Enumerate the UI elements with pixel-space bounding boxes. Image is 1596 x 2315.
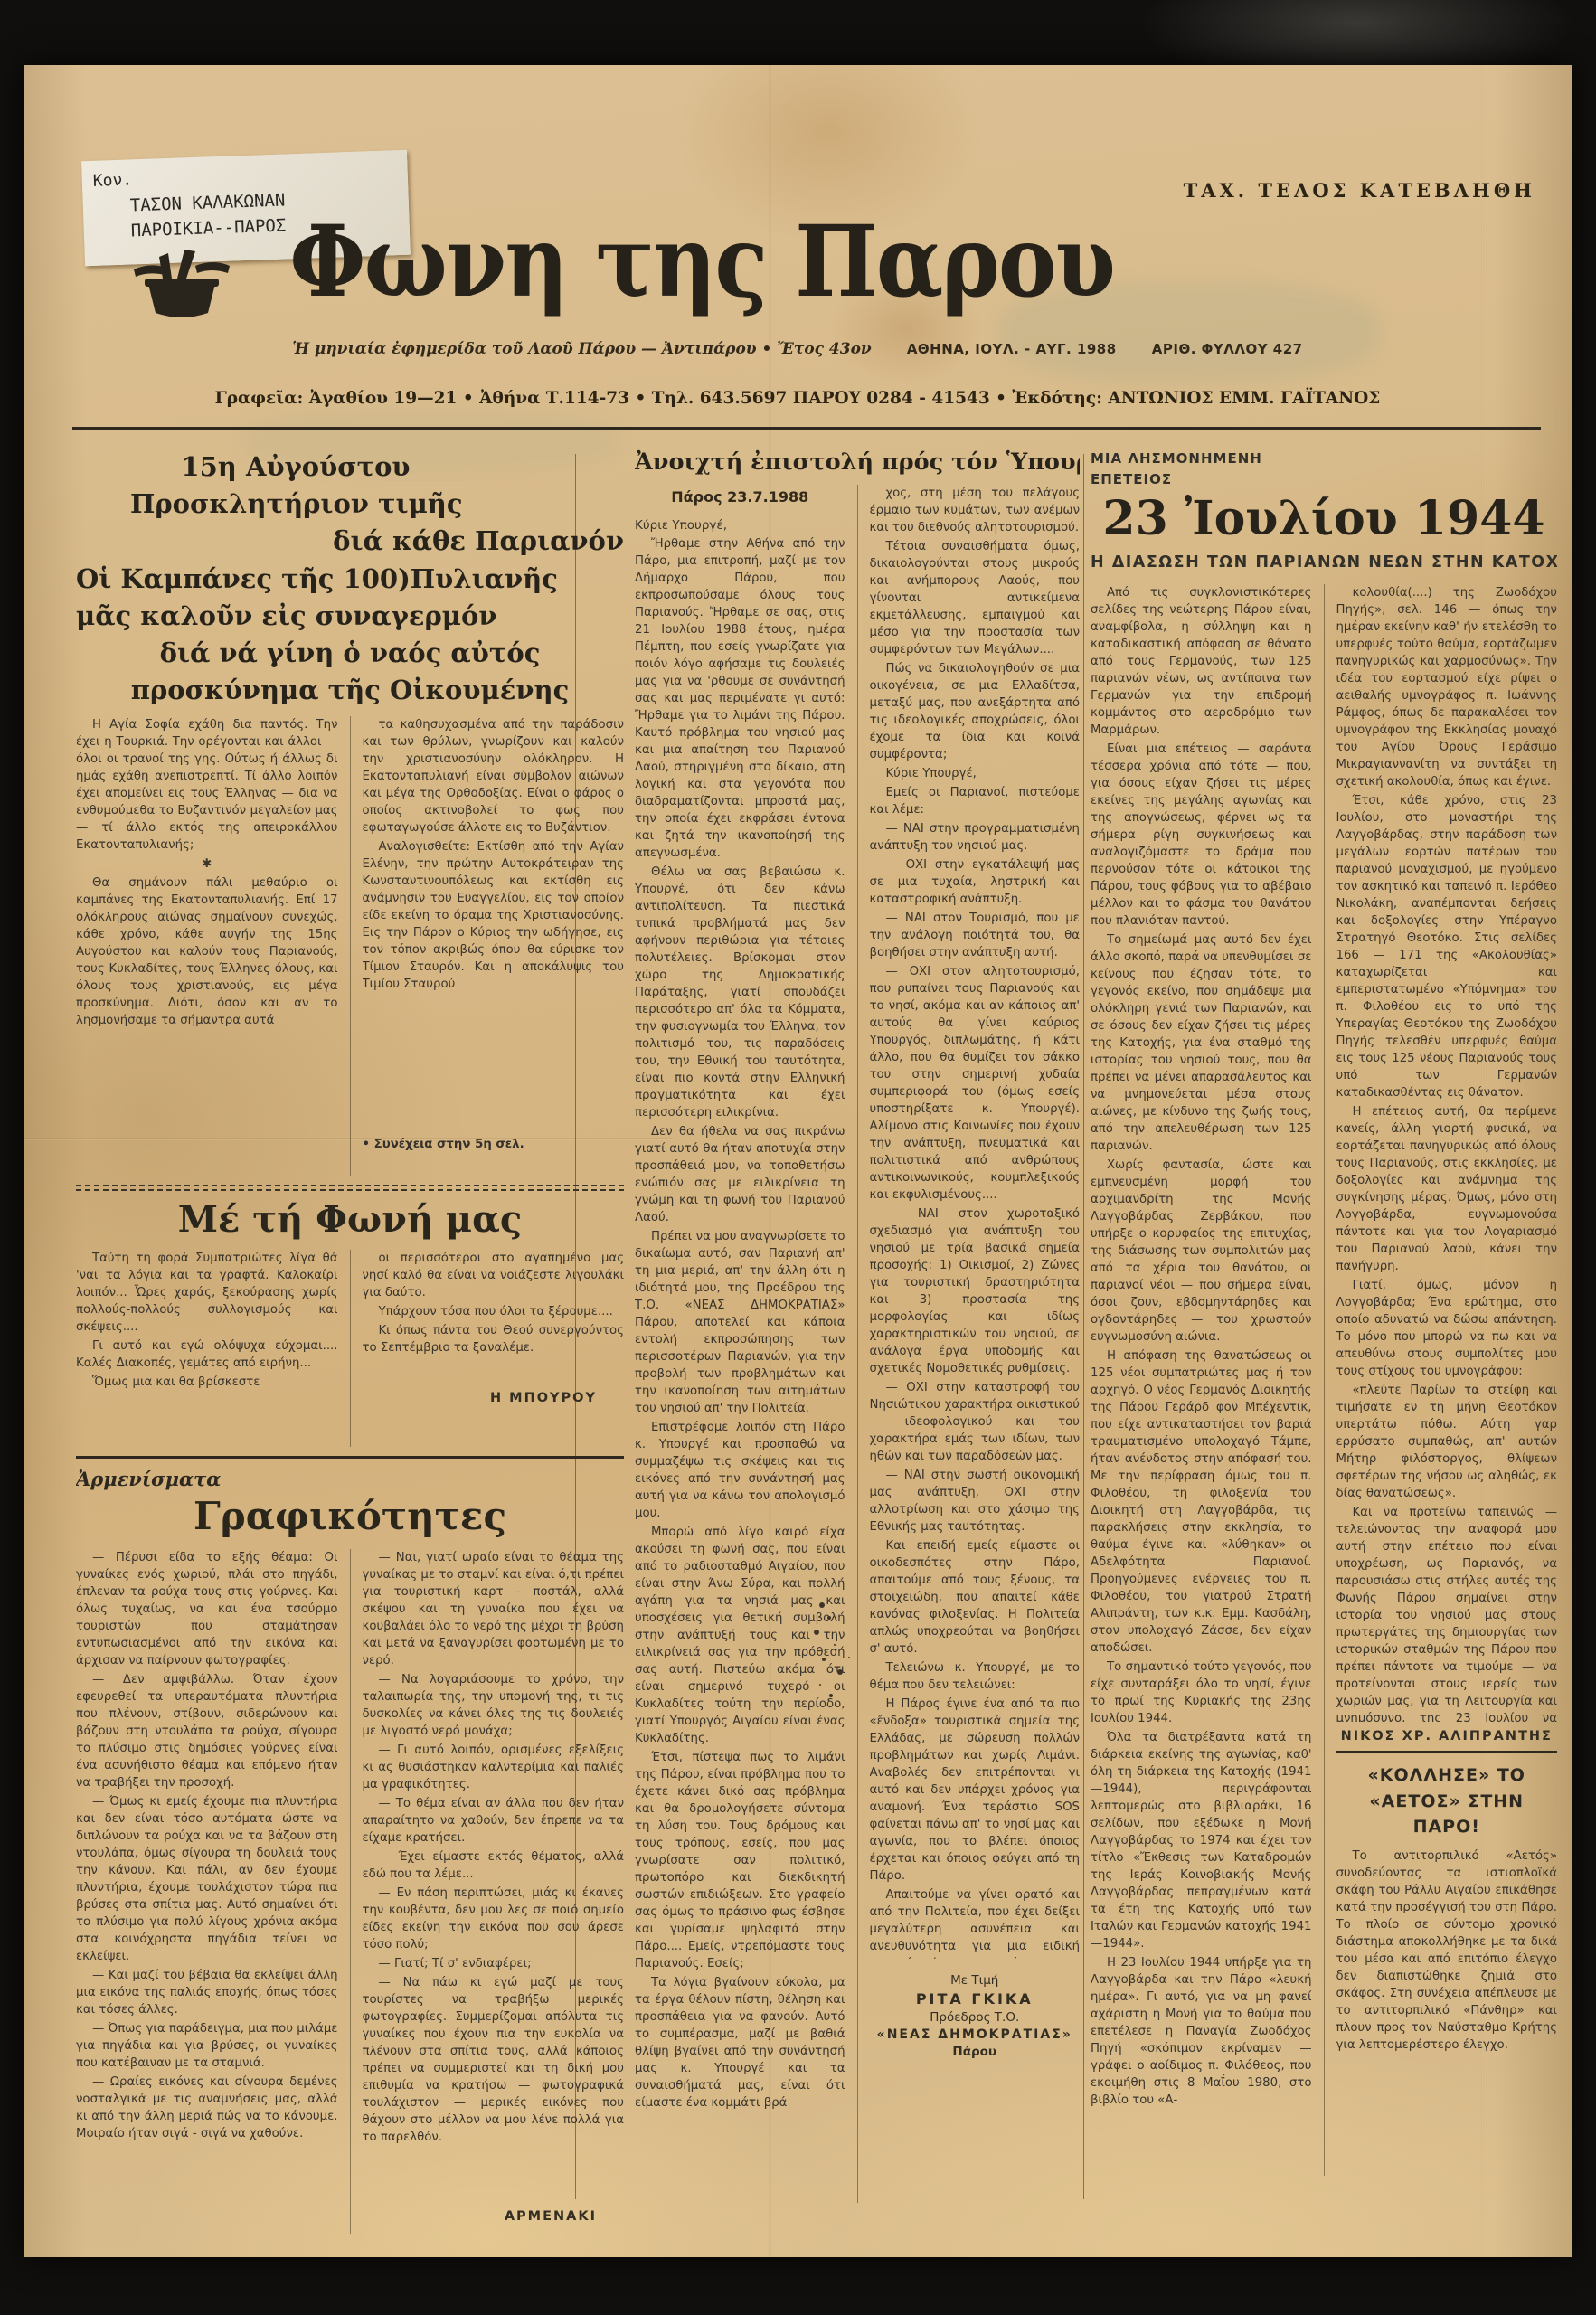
voice-column-2: οι περισσότεροι στο αγαπημένο μας νησί κ… bbox=[351, 1250, 625, 1447]
paragraph: — Να λογαριάσουμε το χρόνο, την ταλαιπωρ… bbox=[363, 1671, 625, 1740]
section-rule bbox=[76, 1456, 624, 1459]
aetos-headline-line1: «ΚΟΛΛΗΣΕ» ΤΟ bbox=[1336, 1762, 1558, 1789]
feature-column-1: Η Αγία Σοφία εχάθη δια παντός. Την έχει … bbox=[76, 716, 351, 1176]
headline-line: διά νά γίνη ὁ ναός αὐτός bbox=[76, 635, 624, 672]
paragraph: Ὅμως μια και θα βρίσκεστε bbox=[76, 1374, 338, 1391]
paragraph: — ΟΧΙ στην καταστροφή του Νησιώτικου χαρ… bbox=[870, 1379, 1081, 1465]
paragraph: Υπάρχουν τόσα που όλοι τα ξέρουμε.... bbox=[363, 1303, 625, 1320]
paragraph: χος, στη μέση του πελάγους έρμαιο των κυ… bbox=[870, 485, 1081, 536]
feature-headline: 15η ΑὐγούστουΠροσκλητήριον τιμῆςδιά κάθε… bbox=[76, 449, 624, 716]
paragraph: Αναλογισθείτε: Εκτίσθη από την Αγίαν Ελέ… bbox=[363, 838, 625, 993]
paragraph: Επιστρέφομε λοιπόν στη Πάρο κ. Υπουργέ κ… bbox=[635, 1419, 845, 1522]
paragraph: Το σημαντικό τούτο γεγονός, που είχε συν… bbox=[1091, 1658, 1312, 1727]
masthead-address-line: Γραφεῖα: Ἀγαθίου 19—21 • Ἀθήνα Τ.114-73 … bbox=[51, 389, 1544, 408]
letter-signature: Με Τιμή ΡΙΤΑ ΓΚΙΚΑ Πρόεδρος Τ.Ο. «ΝΕΑΣ Δ… bbox=[870, 1973, 1081, 2059]
paragraph: — Και μαζί του βέβαια θα εκλείψει άλλη μ… bbox=[76, 1967, 338, 2018]
paragraph: Είναι μια επέτειος — σαράντα τέσσερα χρό… bbox=[1091, 741, 1312, 930]
voice-title: Μέ τή Φωνή μας bbox=[76, 1198, 624, 1241]
grafikotites-columns: — Πέρυσι είδα το εξής θέαμα: Οι γυναίκες… bbox=[76, 1549, 624, 2234]
grafikotites-signature: ΑΡΜΕΝΑΚΙ bbox=[363, 2209, 625, 2224]
paragraph: Η 23 Ιουλίου 1944 υπήρξε για τη Λαγγοβάρ… bbox=[1091, 1954, 1312, 2109]
headline-line: προσκύνημα τῆς Οἰκουμένης bbox=[76, 672, 624, 709]
paragraph: Έτσι, πίστεψα πως το λιμάνι της Πάρου, ε… bbox=[635, 1749, 845, 1972]
paragraph: Χωρίς φαντασία, ώστε και εμπνευσμένη μορ… bbox=[1091, 1157, 1312, 1346]
paragraph: — ΟΧΙ στην εγκατάλειψή μας σε μια τυχαία… bbox=[870, 856, 1081, 908]
paragraph: Και επειδή εμείς είμαστε οι οικοδεσπότες… bbox=[870, 1537, 1081, 1658]
left-zone: 15η ΑὐγούστουΠροσκλητήριον τιμῆςδιά κάθε… bbox=[76, 449, 624, 2234]
paragraph: Κι όπως πάντα του Θεού συνεργούντος το Σ… bbox=[363, 1322, 625, 1356]
masthead-issue-number: ΑΡΙΘ. ΦΥΛΛΟΥ 427 bbox=[1152, 341, 1303, 357]
grafikotites-title: Γραφικότητες bbox=[76, 1494, 624, 1538]
paragraph: — Γι αυτό λοιπόν, ορισμένες εξελίξεις κι… bbox=[363, 1742, 625, 1793]
paragraph: Ταύτη τη φορά Συμπατριώτες λίγα θά 'ναι … bbox=[76, 1250, 338, 1336]
paragraph: τα καθησυχασμένα από την παράδοσιν και τ… bbox=[363, 716, 625, 836]
letter-article: Ἀνοιχτή ἐπιστολή πρός τόν Ὑπουργό Αἰγαίο… bbox=[635, 449, 1080, 2234]
grafikotites-section: Ἀρμενίσματα Γραφικότητες — Πέρυσι είδα τ… bbox=[76, 1468, 624, 2234]
masthead-subtitle: Ἡ μηνιαία ἐφημερίδα τοῦ Λαοῦ Πάρου — Ἀντ… bbox=[292, 340, 871, 358]
paragraph: Γι αυτό και εγώ ολόψυχα εύχομαι.... Καλέ… bbox=[76, 1337, 338, 1372]
anniversary-headline: 23 Ἰουλίου 1944 bbox=[1091, 491, 1557, 546]
paragraph: Πώς να δικαιολογηθούν σε μια οικογένεια,… bbox=[870, 660, 1081, 763]
anniversary-column-2: κολουθία(....) της Ζωοδόχου Πηγής», σελ.… bbox=[1325, 584, 1558, 2176]
letter-signature-place: Πάρου bbox=[870, 2045, 1081, 2059]
paragraph: — Ναι, γιατί ωραίο είναι το θέαμα της γυ… bbox=[363, 1549, 625, 1669]
aetos-body: Το αντιτορπιλικό «Αετός» συνοδεύοντας τα… bbox=[1336, 1847, 1558, 2119]
aetos-rule bbox=[1336, 1751, 1558, 1753]
letter-column-2-text: χος, στη μέση του πελάγους έρμαιο των κυ… bbox=[870, 485, 1081, 1959]
voice-section: Μέ τή Φωνή μας Ταύτη τη φορά Συμπατριώτε… bbox=[76, 1198, 624, 1447]
paragraph: — Να πάω κι εγώ μαζί με τους τουρίστες ν… bbox=[363, 1974, 625, 2146]
masthead-subtitle-row: Ἡ μηνιαία ἐφημερίδα τοῦ Λαοῦ Πάρου — Ἀντ… bbox=[24, 340, 1572, 358]
paragraph: κολουθία(....) της Ζωοδόχου Πηγής», σελ.… bbox=[1336, 584, 1558, 790]
page-content: 15η ΑὐγούστουΠροσκλητήριον τιμῆςδιά κάθε… bbox=[24, 449, 1572, 2235]
paragraph: — ΝΑΙ στον Τουρισμό, που με την ανάλογη … bbox=[870, 910, 1081, 961]
newspaper-scan: Κον. ΤΑΣΟΝ ΚΑΛΑΚΩΝΑΝ ΠΑΡΟΙΚΙΑ--ΠΑΡΟΣ ΤΑΧ… bbox=[0, 0, 1596, 2315]
anniversary-kicker: ΜΙΑ ΛΗΣΜΟΝΗΜΕΝΗ ΕΠΕΤΕΙΟΣ bbox=[1091, 449, 1308, 489]
paragraph: Θέλω να σας βεβαιώσω κ. Υπουργέ, ότι δεν… bbox=[635, 864, 845, 1121]
paragraph: — Γιατί; Τί σ' ενδιαφέρει; bbox=[363, 1955, 625, 1972]
grafikotites-column-1: — Πέρυσι είδα το εξής θέαμα: Οι γυναίκες… bbox=[76, 1549, 351, 2234]
feature-column-2-text: τα καθησυχασμένα από την παράδοσιν και τ… bbox=[363, 716, 625, 1134]
paragraph: Απαιτούμε να γίνει ορατό και από την Πολ… bbox=[870, 1886, 1081, 1959]
grafikotites-column-2: — Ναι, γιατί ωραίο είναι το θέαμα της γυ… bbox=[351, 1549, 625, 2234]
paragraph: Τα λόγια βγαίνουν εύκολα, μα τα έργα θέλ… bbox=[635, 1974, 845, 2112]
letter-signature-name: ΡΙΤΑ ΓΚΙΚΑ bbox=[870, 1990, 1081, 2008]
letter-salutation: Κύριε Υπουργέ, bbox=[635, 518, 845, 533]
masthead-title: Φωνη της Παρου bbox=[250, 203, 1154, 319]
paragraph: — Δεν αμφιβάλλω. Όταν έχουν εφευρεθεί τα… bbox=[76, 1671, 338, 1791]
paragraph: Τελειώνω κ. Υπουργέ, με το θέμα που δεν … bbox=[870, 1659, 1081, 1694]
paragraph: — Έχει είμαστε εκτός θέματος, αλλά εδώ π… bbox=[363, 1848, 625, 1883]
grafikotites-kicker: Ἀρμενίσματα bbox=[76, 1468, 624, 1490]
paragraph: Δεν θα ήθελα να σας πικράνω γιατί αυτό θ… bbox=[635, 1123, 845, 1226]
column-rule bbox=[1083, 454, 1084, 2199]
paragraph: — ΝΑΙ στην σωστή οικονομική μας ανάπτυξη… bbox=[870, 1467, 1081, 1535]
headline-line: μᾶς καλοῦν εἰς συναγερμόν bbox=[76, 598, 624, 635]
headline-line: 15η Αὐγούστου bbox=[76, 449, 624, 486]
masthead-issue-date: ΑΘΗΝΑ, ΙΟΥΛ. - ΑΥΓ. 1988 bbox=[907, 341, 1117, 357]
paragraph: Κύριε Υπουργέ, bbox=[870, 765, 1081, 782]
letter-column-1-text: Ἤρθαμε στην Αθήνα από την Πάρο, μια επιτ… bbox=[635, 535, 845, 2127]
anniversary-subhead: Η ΔΙΑΣΩΣΗ ΤΩΝ ΠΑΡΙΑΝΩΝ ΝΕΩΝ ΣΤΗΝ ΚΑΤΟΧΗ bbox=[1091, 553, 1557, 572]
paragraph: Η Αγία Σοφία εχάθη δια παντός. Την έχει … bbox=[76, 716, 338, 854]
headline-line: Οἱ Καμπάνες τῆς 100)Πυλιανῆς bbox=[76, 561, 624, 598]
paragraph: Μπορώ από λίγο καιρό είχα ακούσει τη φων… bbox=[635, 1524, 845, 1747]
grafikotites-column-2-text: — Ναι, γιατί ωραίο είναι το θέαμα της γυ… bbox=[363, 1549, 625, 2197]
masthead-rule bbox=[72, 427, 1541, 430]
paragraph: οι περισσότεροι στο αγαπημένο μας νησί κ… bbox=[363, 1250, 625, 1301]
section-divider bbox=[76, 1185, 624, 1191]
paragraph: — Όμως κι εμείς έχουμε πια πλυντήρια και… bbox=[76, 1793, 338, 1965]
voice-columns: Ταύτη τη φορά Συμπατριώτες λίγα θά 'ναι … bbox=[76, 1250, 624, 1447]
voice-signature: Η ΜΠΟΥΡΟΥ bbox=[363, 1391, 625, 1405]
headline-line: Προσκλητήριον τιμῆς bbox=[76, 486, 624, 523]
paragraph: — ΝΑΙ στον χωροταξικό σχεδιασμό για ανάπ… bbox=[870, 1205, 1081, 1377]
paragraph: Θα σημάνουν πάλι μεθαύριο οι καμπάνες τη… bbox=[76, 874, 338, 1029]
headline-line: διά κάθε Παριανόν bbox=[76, 523, 624, 560]
letter-column-1: Πάρος 23.7.1988 Κύριε Υπουργέ, Ἤρθαμε στ… bbox=[635, 485, 858, 2203]
aetos-headline-line2: «ΑΕΤΟΣ» ΣΤΗΝ ΠΑΡΟ! bbox=[1336, 1789, 1558, 1840]
paragraph: Ἤρθαμε στην Αθήνα από την Πάρο, μια επιτ… bbox=[635, 535, 845, 862]
continuation-note: • Συνέχεια στην 5η σελ. bbox=[363, 1138, 625, 1151]
paragraph: — Εν πάση περιπτώσει, μιάς κι έκανες την… bbox=[363, 1885, 625, 1953]
paragraph: — ΝΑΙ στην προγραμματισμένη ανάπτυξη του… bbox=[870, 820, 1081, 855]
anniversary-article: ΜΙΑ ΛΗΣΜΟΝΗΜΕΝΗ ΕΠΕΤΕΙΟΣ 23 Ἰουλίου 1944… bbox=[1091, 449, 1557, 2239]
letter-dateline: Πάρος 23.7.1988 bbox=[635, 488, 845, 506]
paragraph: — Όπως για παράδειγμα, μια που μιλάμε γι… bbox=[76, 2020, 338, 2072]
paragraph: Τέτοια συναισθήματα όμως, δικαιολογούντα… bbox=[870, 538, 1081, 658]
paragraph: — Πέρυσι είδα το εξής θέαμα: Οι γυναίκες… bbox=[76, 1549, 338, 1669]
letter-headline: Ἀνοιχτή ἐπιστολή πρός τόν Ὑπουργό Αἰγαίο… bbox=[635, 449, 1080, 476]
voice-column-2-text: οι περισσότεροι στο αγαπημένο μας νησί κ… bbox=[363, 1250, 625, 1378]
paragraph: Πρέπει να μου αναγνωρίσετε το δικαίωμα α… bbox=[635, 1228, 845, 1417]
inkwell-logo-icon bbox=[132, 242, 231, 329]
paragraph: — Το θέμα είναι αν άλλα που δεν ήταν απα… bbox=[363, 1795, 625, 1847]
letter-signature-role: Πρόεδρος Τ.Ο. bbox=[870, 2010, 1081, 2025]
paragraph: Η επέτειος αυτή, θα περίμενε κανείς, άλλ… bbox=[1336, 1103, 1558, 1275]
paragraph: Το αντιτορπιλικό «Αετός» συνοδεύοντας τα… bbox=[1336, 1847, 1558, 2054]
paragraph: Έτσι, κάθε χρόνο, στις 23 Ιουλίου, στο μ… bbox=[1336, 792, 1558, 1101]
anniversary-columns: Από τις συγκλονιστικότερες σελίδες της ν… bbox=[1091, 584, 1557, 2176]
feature-columns: Η Αγία Σοφία εχάθη δια παντός. Την έχει … bbox=[76, 716, 624, 1176]
paragraph: Το σημείωμά μας αυτό δεν έχει άλλο σκοπό… bbox=[1091, 931, 1312, 1155]
anniversary-column-2-text: κολουθία(....) της Ζωοδόχου Πηγής», σελ.… bbox=[1336, 584, 1558, 1722]
letter-signature-party: «ΝΕΑΣ ΔΗΜΟΚΡΑΤΙΑΣ» bbox=[870, 2027, 1081, 2042]
letter-signature-honorific: Με Τιμή bbox=[870, 1973, 1081, 1988]
aetos-headline: «ΚΟΛΛΗΣΕ» ΤΟ «ΑΕΤΟΣ» ΣΤΗΝ ΠΑΡΟ! bbox=[1336, 1762, 1558, 1840]
paragraph: Εμείς οι Παριανοί, πιστεύομε και λέμε: bbox=[870, 784, 1081, 818]
paragraph: — ΟΧΙ στον αλητοτουρισμό, που ρυπαίνει τ… bbox=[870, 963, 1081, 1204]
feature-article: 15η ΑὐγούστουΠροσκλητήριον τιμῆςδιά κάθε… bbox=[76, 449, 624, 1176]
postal-fee-notice: ΤΑΧ. ΤΕΛΟΣ ΚΑΤΕΒΛΗΘΗ bbox=[1184, 179, 1535, 202]
paragraph: ✱ bbox=[76, 855, 338, 873]
paragraph: Και να προτείνω ταπεινώς — τελειώνοντας … bbox=[1336, 1504, 1558, 1722]
paragraph: — Ωραίες εικόνες και σίγουρα δεμένες νοσ… bbox=[76, 2074, 338, 2142]
paragraph: Από τις συγκλονιστικότερες σελίδες της ν… bbox=[1091, 584, 1312, 739]
paragraph: Η Πάρος έγινε ένα από τα πιο «ἔνδοξα» το… bbox=[870, 1696, 1081, 1885]
paragraph: Γιατί, όμως, μόνον η Λογγοβάρδα; Ένα ερώ… bbox=[1336, 1277, 1558, 1380]
feature-column-2: τα καθησυχασμένα από την παράδοσιν και τ… bbox=[351, 716, 625, 1176]
paragraph: «πλεύτε Παρίων τα στείφη και τιμήσατε εν… bbox=[1336, 1382, 1558, 1502]
newspaper-page: Κον. ΤΑΣΟΝ ΚΑΛΑΚΩΝΑΝ ΠΑΡΟΙΚΙΑ--ΠΑΡΟΣ ΤΑΧ… bbox=[24, 65, 1572, 2257]
anniversary-column-1: Από τις συγκλονιστικότερες σελίδες της ν… bbox=[1091, 584, 1325, 2176]
mailing-label-salutation: Κον. bbox=[92, 170, 132, 191]
letter-column-2: χος, στη μέση του πελάγους έρμαιο των κυ… bbox=[858, 485, 1081, 2203]
anniversary-signature: ΝΙΚΟΣ ΧΡ. ΑΛΙΠΡΑΝΤΗΣ bbox=[1336, 1729, 1558, 1743]
aetos-article: «ΚΟΛΛΗΣΕ» ΤΟ «ΑΕΤΟΣ» ΣΤΗΝ ΠΑΡΟ! Το αντιτ… bbox=[1336, 1762, 1558, 2119]
voice-column-1: Ταύτη τη φορά Συμπατριώτες λίγα θά 'ναι … bbox=[76, 1250, 351, 1447]
paragraph: Η απόφαση της θανατώσεως οι 125 νέοι συμ… bbox=[1091, 1347, 1312, 1657]
letter-columns: Πάρος 23.7.1988 Κύριε Υπουργέ, Ἤρθαμε στ… bbox=[635, 485, 1080, 2203]
paragraph: Όλα τα διατρέξαντα κατά τη διάρκεια εκεί… bbox=[1091, 1729, 1312, 1952]
